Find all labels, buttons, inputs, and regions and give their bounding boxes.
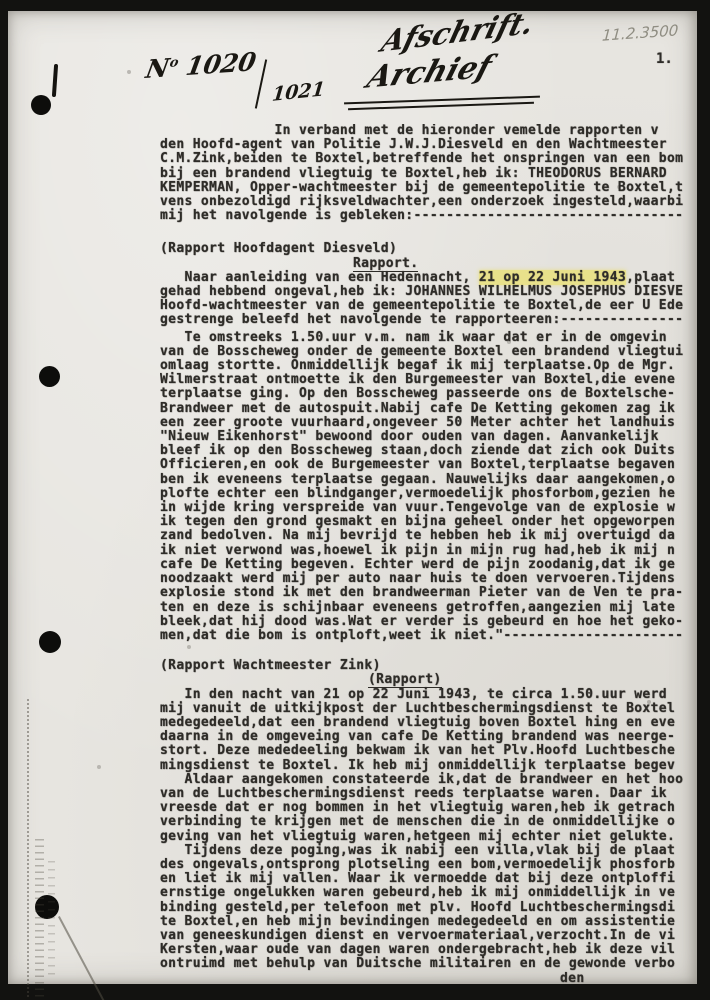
text-line: mij vanuit de uitkijkpost der Luchtbesch… (160, 702, 700, 716)
report-title-underlined: (Rapport) (368, 672, 442, 688)
text-line: ernstige ongelukken waren gebeurd,heb ik… (160, 886, 700, 900)
page-number: 1. (656, 51, 673, 67)
text-line: ik niet verwond was,hoewel ik pijn in mi… (160, 544, 700, 558)
catchword: den (160, 972, 700, 986)
text-line: te Boxtel,en heb mijn bevindingen medege… (160, 915, 700, 929)
text-line: plofte echter een blindganger,vermoedeli… (160, 487, 700, 501)
scratch-mark (58, 916, 104, 1000)
doc-number-n: N (144, 53, 172, 84)
text-line: bleek,dat hij dood was.Wat er verder is … (160, 615, 700, 629)
text-line: Officieren,en ook de Burgemeester van Bo… (160, 458, 700, 472)
text-line: van de Luchtbeschermingsdienst reeds ter… (160, 787, 700, 801)
handwritten-doc-number: No 1020 (144, 47, 259, 84)
text-line: Tijdens deze poging,was ik nabij een vil… (160, 844, 700, 858)
text-line: een zeer groote vuurhaard,ongeveer 50 Me… (160, 416, 700, 430)
handwritten-slash (255, 59, 267, 108)
text-line: stort. Deze mededeeling bekwam ik van he… (160, 744, 700, 758)
report-title-zink: (Rapport) (160, 673, 700, 687)
diesveld-paragraph-1: gehad hebbend ongeval,heb ik: JOHANNES W… (160, 285, 700, 328)
typed-text-column: In verband met de hieronder vemelde rapp… (160, 124, 700, 986)
highlight-date: 21 op 22 Juni 1943 (479, 270, 626, 285)
pencil-reference-number: 11.2.3500 (601, 21, 678, 44)
text-line: ben ik eveneens terplaatse gegaan. Nauwe… (160, 473, 700, 487)
text-line: Aldaar aangekomen constateerde ik,dat de… (160, 773, 700, 787)
hole-punch (39, 366, 60, 387)
text-line: gestrenge beleefd het navolgende te rapp… (160, 313, 700, 327)
section-header-diesveld: (Rapport Hoofdagent Diesveld) (160, 242, 700, 256)
highlighted-date-line: Naar aanleiding van een Hedennacht, 21 o… (160, 271, 700, 285)
scanned-document-page: Afschrift. Archief No 1020 1021 11.2.350… (8, 11, 697, 984)
hole-punch (39, 631, 61, 653)
text-line: bij een brandend vliegtuig te Boxtel,heb… (160, 167, 700, 181)
text-line: van de Bosscheweg onder de gemeente Boxt… (160, 345, 700, 359)
text-line: cafe De Ketting begeven. Echter werd de … (160, 558, 700, 572)
handwritten-exclamation-mark (52, 64, 58, 97)
text-line: mingsdienst te Boxtel. Ik heb mij onmidd… (160, 759, 700, 773)
handwritten-afschrift: Afschrift. (378, 5, 538, 59)
diesveld-paragraph-2: Te omstreeks 1.50.uur v.m. nam ik waar d… (160, 331, 700, 643)
doc-number-ordinal: o (168, 55, 179, 71)
text-line: verbinding te krijgen met de menschen di… (160, 815, 700, 829)
doc-number-1020: 1020 (184, 47, 259, 81)
text-line: Brandweer met de autospuit.Nabij cafe De… (160, 402, 700, 416)
line-pre-text: Naar aanleiding van een Hedennacht, (160, 270, 479, 285)
zink-paragraphs: In den nacht van 21 op 22 Juni 1943, te … (160, 688, 700, 972)
text-line: KEMPERMAN, Opper-wachtmeester bij de gem… (160, 181, 700, 195)
text-line: Te omstreeks 1.50.uur v.m. nam ik waar d… (160, 331, 700, 345)
text-line: mij het navolgende is gebleken:---------… (160, 209, 700, 223)
text-line: medegedeeld,dat een brandend vliegtuig b… (160, 716, 700, 730)
report-title-diesveld: Rapport. (160, 257, 700, 271)
text-line: men,dat die bom is ontploft,weet ik niet… (160, 629, 700, 643)
text-line: In den nacht van 21 op 22 Juni 1943, te … (160, 688, 700, 702)
edge-marks-strip (48, 861, 55, 981)
edge-perforation-marks (27, 699, 29, 997)
text-line: C.M.Zink,beiden te Boxtel,betreffende he… (160, 152, 700, 166)
line-post-text: ,plaat (626, 270, 675, 285)
text-line: binding gesteld,per telefoon met plv. Ho… (160, 901, 700, 915)
text-line: ten en deze is schijnbaar eveneens getro… (160, 601, 700, 615)
text-line: explosie stond ik met den brandweerman P… (160, 586, 700, 600)
text-line: ontruimd met behulp van Duitsche militai… (160, 957, 700, 971)
hole-punch (31, 95, 51, 115)
handwritten-doc-number-2: 1021 (271, 78, 326, 106)
paper-speckles (8, 11, 10, 13)
edge-marks-strip (35, 839, 44, 997)
text-line: terplaatse ging. Op den Bosscheweg passe… (160, 387, 700, 401)
intro-paragraph: In verband met de hieronder vemelde rapp… (160, 124, 700, 223)
text-line: zand bedolven. Na mij bevrijd te hebben … (160, 529, 700, 543)
text-line: geving van het vliegtuig waren,hetgeen m… (160, 830, 700, 844)
